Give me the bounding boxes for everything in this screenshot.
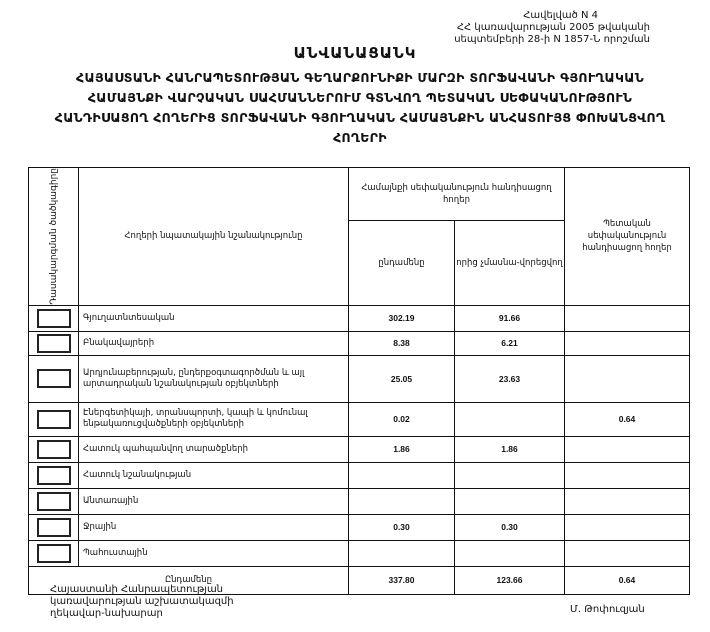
code-cell xyxy=(29,488,79,514)
subtitle-line: ՀԱՅԱՍՏԱՆԻ ՀԱՆՐԱՊԵՏՈՒԹՅԱՆ ԳԵՂԱՐՔՈՒՆԻՔԻ ՄԱ… xyxy=(30,68,690,88)
of-which-cell xyxy=(455,540,565,566)
code-cell xyxy=(29,305,79,331)
state-cell xyxy=(565,355,690,402)
total-state: 0.64 xyxy=(565,566,690,594)
purpose-cell: Գյուղատնտեսական xyxy=(79,305,349,331)
code-box xyxy=(37,334,71,353)
code-cell xyxy=(29,436,79,462)
total-of-which: 123.66 xyxy=(455,566,565,594)
state-cell xyxy=(565,331,690,355)
state-cell: 0.64 xyxy=(565,402,690,436)
total-cell xyxy=(349,462,455,488)
code-cell xyxy=(29,514,79,540)
total-cell: 0.02 xyxy=(349,402,455,436)
annex-number: Հավելված N 4 xyxy=(454,10,650,22)
signatory-name: Մ. Թոփուզյան xyxy=(570,604,645,615)
document-subtitle: ՀԱՅԱՍՏԱՆԻ ՀԱՆՐԱՊԵՏՈՒԹՅԱՆ ԳԵՂԱՐՔՈՒՆԻՔԻ ՄԱ… xyxy=(30,68,690,148)
of-which-cell xyxy=(455,462,565,488)
header-total: ընդամենը xyxy=(349,220,455,305)
total-cell: 25.05 xyxy=(349,355,455,402)
signatory-line: Հայաստանի Հանրապետության xyxy=(50,584,234,596)
code-box xyxy=(37,466,71,485)
purpose-cell: Անտառային xyxy=(79,488,349,514)
code-cell xyxy=(29,462,79,488)
code-box xyxy=(37,492,71,511)
purpose-cell: Պահուստային xyxy=(79,540,349,566)
total-cell xyxy=(349,488,455,514)
state-cell xyxy=(565,540,690,566)
state-cell xyxy=(565,305,690,331)
code-box xyxy=(37,544,71,563)
total-cell: 0.30 xyxy=(349,514,455,540)
total-cell: 302.19 xyxy=(349,305,455,331)
header-code: Դասակարգման ծածկագիրը xyxy=(29,168,79,306)
header-code-text: Դասակարգման ծածկագիրը xyxy=(48,168,60,305)
total-cell: 1.86 xyxy=(349,436,455,462)
of-which-cell xyxy=(455,402,565,436)
table-row: Արդյունաբերության, ընդերքօգտագործման և ա… xyxy=(29,355,690,402)
code-cell xyxy=(29,402,79,436)
purpose-cell: Հատուկ պահպանվող տարածքների xyxy=(79,436,349,462)
state-cell xyxy=(565,462,690,488)
document-title: ԱՆՎԱՆԱՑԱՆԿ xyxy=(0,44,710,62)
table-row: Հատուկ նշանակության xyxy=(29,462,690,488)
signatory-line: կառավարության աշխատակազմի xyxy=(50,596,234,608)
subtitle-line: ՀԱՄԱՅՆՔԻ ՎԱՐՉԱԿԱՆ ՍԱՀՄԱՆՆԵՐՈՒՄ ԳՏՆՎՈՂ ՊԵ… xyxy=(30,88,690,108)
total-cell xyxy=(349,540,455,566)
code-box xyxy=(37,440,71,459)
of-which-cell: 91.66 xyxy=(455,305,565,331)
header-purpose: Հողերի նպատակային նշանակությունը xyxy=(79,168,349,306)
annex-decree-line: ՀՀ կառավարության 2005 թվականի xyxy=(454,22,650,34)
purpose-cell: Բնակավայրերի xyxy=(79,331,349,355)
of-which-cell: 6.21 xyxy=(455,331,565,355)
header-of-which: որից չմասնա-վորեցվող xyxy=(455,220,565,305)
table-row: Հատուկ պահպանվող տարածքների1.861.86 xyxy=(29,436,690,462)
of-which-cell: 23.63 xyxy=(455,355,565,402)
land-table: Դասակարգման ծածկագիրը Հողերի նպատակային … xyxy=(28,167,690,595)
purpose-cell: Հատուկ նշանակության xyxy=(79,462,349,488)
subtitle-line: ՀԱՆԴԻՍԱՑՈՂ ՀՈՂԵՐԻՑ ՏՈՐՖԱՎԱՆԻ ԳՅՈՒՂԱԿԱՆ Հ… xyxy=(30,108,690,128)
header-state-land: Պետական սեփականություն հանդիսացող հողեր xyxy=(565,168,690,306)
code-box xyxy=(37,309,71,328)
total-value: 337.80 xyxy=(349,566,455,594)
code-cell xyxy=(29,355,79,402)
code-box xyxy=(37,369,71,388)
header-community-land: Համայնքի սեփականություն հանդիսացող հողեր xyxy=(349,168,565,221)
total-cell: 8.38 xyxy=(349,331,455,355)
annex-reference: Հավելված N 4 ՀՀ կառավարության 2005 թվակա… xyxy=(454,10,650,46)
code-cell xyxy=(29,331,79,355)
of-which-cell: 0.30 xyxy=(455,514,565,540)
subtitle-line: ՀՈՂԵՐԻ xyxy=(30,128,690,148)
purpose-cell: Արդյունաբերության, ընդերքօգտագործման և ա… xyxy=(79,355,349,402)
purpose-cell: Ջրային xyxy=(79,514,349,540)
table-row: Գյուղատնտեսական302.1991.66 xyxy=(29,305,690,331)
table-row: Անտառային xyxy=(29,488,690,514)
code-box xyxy=(37,518,71,537)
state-cell xyxy=(565,514,690,540)
of-which-cell xyxy=(455,488,565,514)
table-row: Պահուստային xyxy=(29,540,690,566)
signatory-title: Հայաստանի Հանրապետության կառավարության ա… xyxy=(50,584,234,620)
code-box xyxy=(37,410,71,429)
table-row: Ջրային0.300.30 xyxy=(29,514,690,540)
state-cell xyxy=(565,436,690,462)
table-row: Էներգետիկայի, տրանսպորտի, կապի և կոմունա… xyxy=(29,402,690,436)
state-cell xyxy=(565,488,690,514)
table-row: Բնակավայրերի8.386.21 xyxy=(29,331,690,355)
code-cell xyxy=(29,540,79,566)
purpose-cell: Էներգետիկայի, տրանսպորտի, կապի և կոմունա… xyxy=(79,402,349,436)
signatory-line: ղեկավար-նախարար xyxy=(50,608,234,620)
of-which-cell: 1.86 xyxy=(455,436,565,462)
